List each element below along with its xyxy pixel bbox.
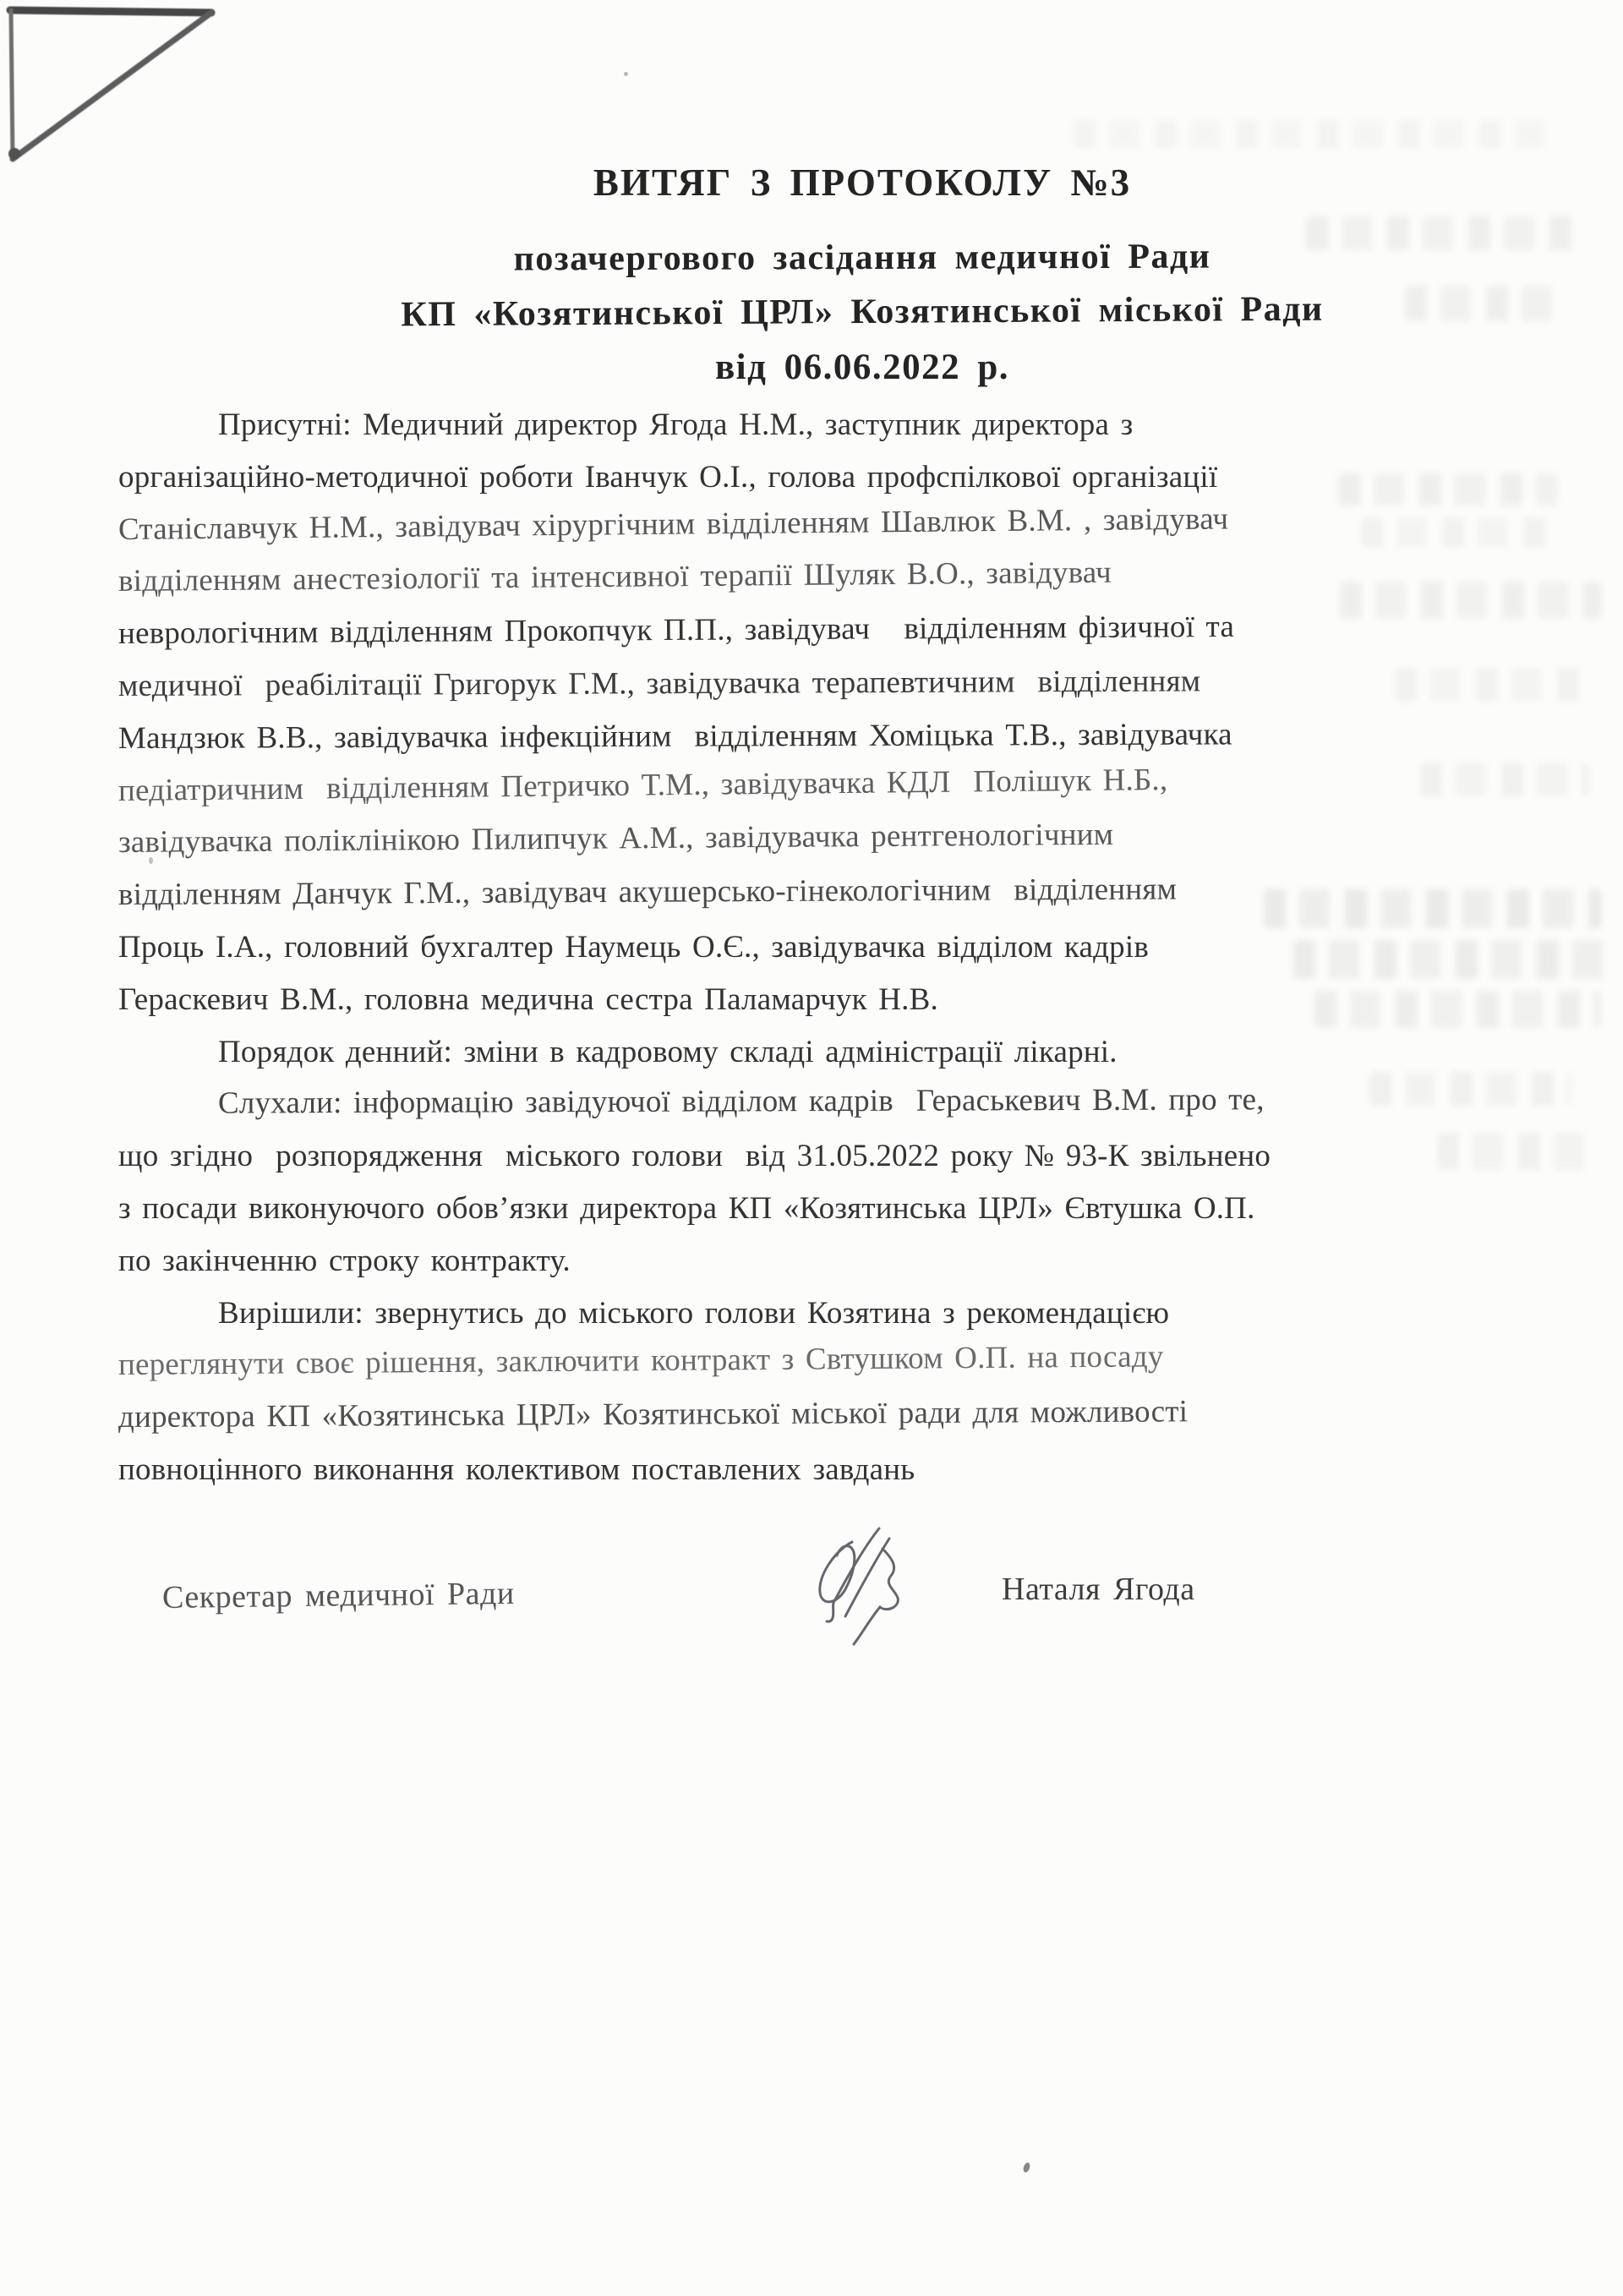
document-date-line: від 06.06.2022 р.: [110, 340, 1615, 396]
body-line: з посади виконуючого обов’язки директора…: [118, 1183, 1593, 1235]
body-line: медичної реабілітації Григорук Г.М., зав…: [118, 653, 1593, 712]
document-subtitle-2: КП «Козятинської ЦРЛ» Козятинської міськ…: [110, 280, 1615, 345]
body-line: Присутні: Медичний директор Ягода Н.М., …: [118, 399, 1593, 451]
document-title: ВИТЯГ З ПРОТОКОЛУ №3: [110, 161, 1615, 205]
body-line: по закінченню строку контракту.: [118, 1235, 1593, 1287]
bleedthrough-artifact: [1361, 517, 1555, 548]
scan-speck: [1022, 2162, 1031, 2173]
bleedthrough-artifact: [1340, 582, 1602, 619]
bleedthrough-artifact: [1264, 889, 1602, 928]
bleedthrough-artifact: [1437, 1133, 1598, 1170]
body-line: переглянути своє рішення, заключити конт…: [118, 1328, 1593, 1392]
bleedthrough-artifact: [1369, 1072, 1572, 1106]
body-line: завідувачка поліклінікою Пилипчук А.М., …: [118, 806, 1593, 870]
body-line: Порядок денний: зміни в кадровому складі…: [118, 1026, 1593, 1079]
handwritten-signature: [808, 1522, 908, 1650]
body-line: директора КП «Козятинська ЦРЛ» Козятинсь…: [118, 1384, 1593, 1444]
bleedthrough-artifact: [1306, 216, 1585, 250]
signature-role-label: Секретар медичної Ради: [162, 1575, 515, 1616]
bleedthrough-artifact: [1420, 763, 1589, 796]
page-corner-fold-mark: [0, 0, 254, 186]
body-line: повноцінного виконання колективом постав…: [118, 1444, 1593, 1496]
bleedthrough-artifact: [1338, 473, 1558, 506]
body-line: що згідно розпорядження міського голови …: [118, 1130, 1593, 1183]
bleedthrough-artifact: [1314, 991, 1602, 1028]
scanned-document-page: ВИТЯГ З ПРОТОКОЛУ №3 позачергового засід…: [0, 0, 1623, 2296]
bleedthrough-artifact: [1395, 668, 1589, 702]
bleedthrough-artifact: [1293, 940, 1606, 979]
document-title-block: ВИТЯГ З ПРОТОКОЛУ №3 позачергового засід…: [110, 161, 1615, 396]
scan-speck: [149, 857, 153, 864]
bleedthrough-artifact: [1074, 120, 1547, 149]
signature-name: Наталя Ягода: [1002, 1571, 1195, 1608]
scan-speck: [624, 72, 628, 76]
bleedthrough-artifact: [1405, 286, 1553, 321]
